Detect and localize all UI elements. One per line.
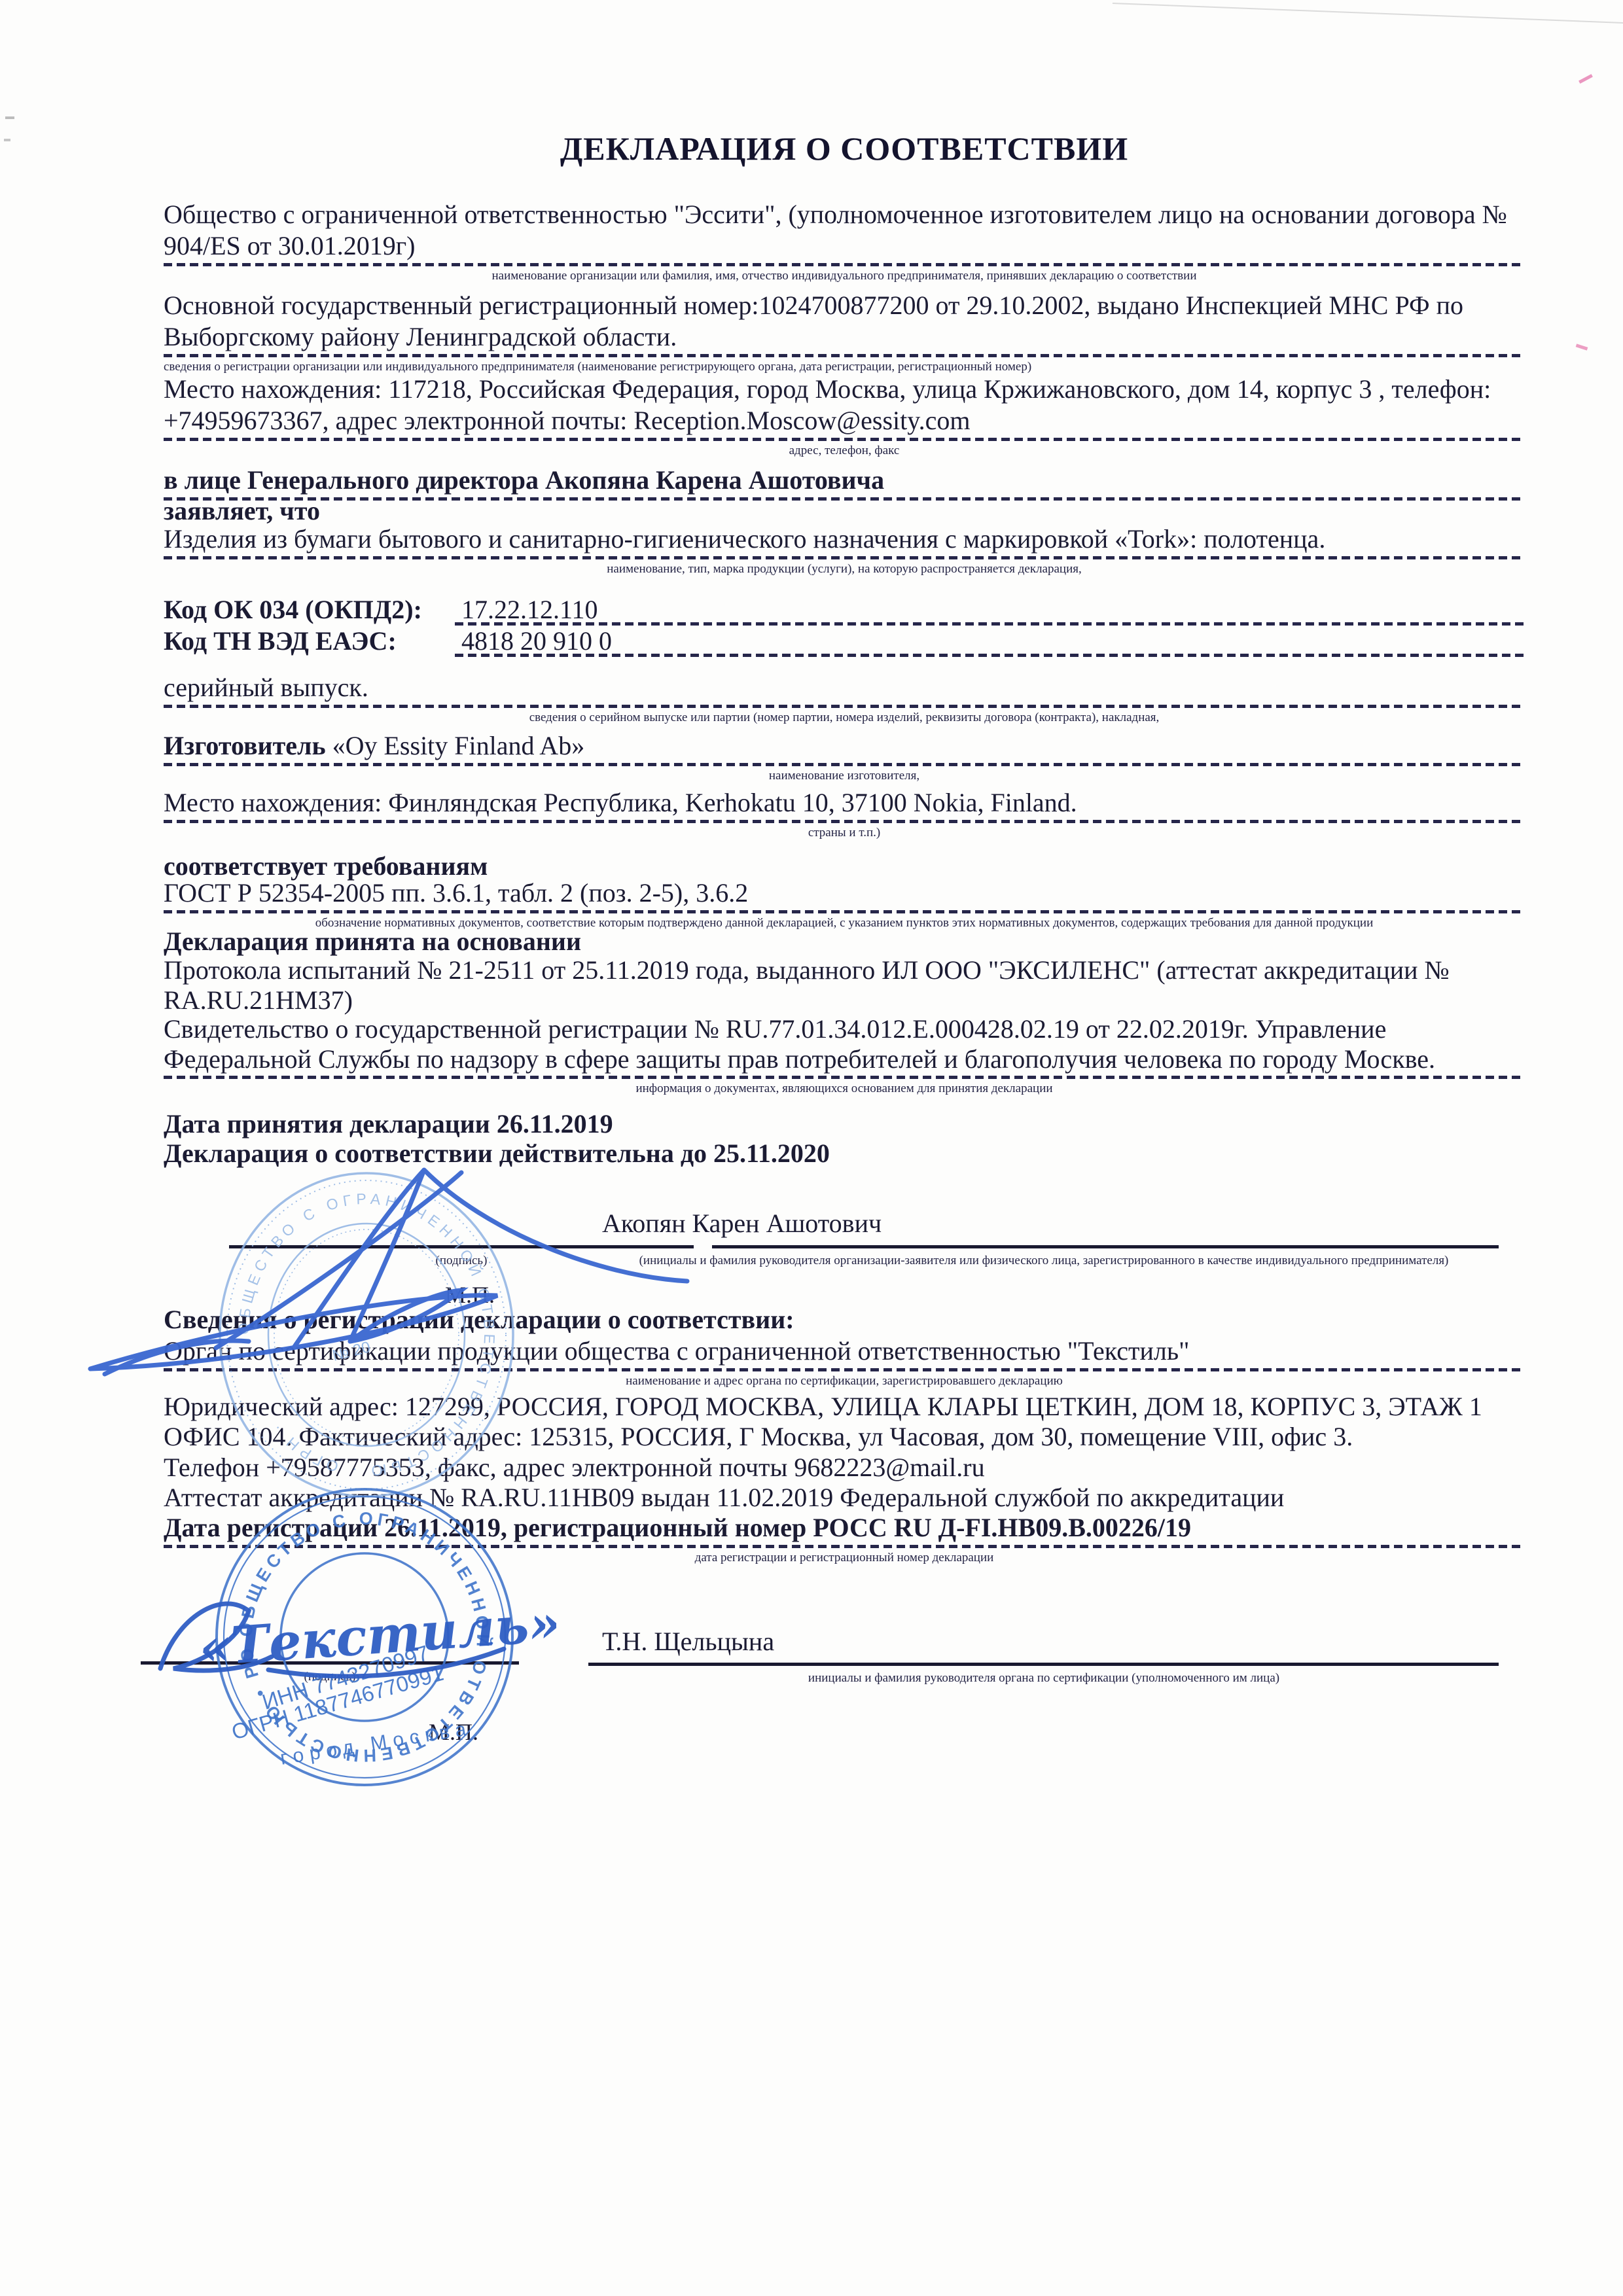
- declares-text: заявляет, что: [164, 495, 1525, 527]
- basis-protocol-text: Протокола испытаний № 21-2511 от 25.11.2…: [164, 955, 1525, 1016]
- okpd2-label: Код ОК 034 (ОКПД2):: [164, 594, 455, 626]
- manufacturer-text: Изготовитель «Oy Essity Finland Ab»: [164, 730, 1525, 762]
- name-line: [588, 1663, 1499, 1666]
- state-registration-text: Основной государственный регистрационный…: [164, 290, 1525, 353]
- dashed-rule: [164, 820, 1525, 823]
- field-manufacturer: Изготовитель «Oy Essity Finland Ab» наим…: [164, 730, 1525, 783]
- declaration-document: ДЕКЛАРАЦИЯ О СООТВЕТСТВИИ Общество с огр…: [0, 0, 1623, 2296]
- field-basis-protocol: Протокола испытаний № 21-2511 от 25.11.2…: [164, 955, 1525, 1016]
- field-standards: ГОСТ Р 52354-2005 пп. 3.6.1, табл. 2 (по…: [164, 877, 1525, 930]
- field-declarant-location: Место нахождения: 117218, Российская Фед…: [164, 374, 1525, 458]
- pink-mark: [1576, 344, 1588, 350]
- manufacturer-name: «Oy Essity Finland Ab»: [332, 731, 585, 760]
- field-declares: заявляет, что: [164, 495, 1525, 527]
- field-declarant: Общество с ограниченной ответственностью…: [164, 199, 1525, 283]
- field-state-registration: Основной государственный регистрационный…: [164, 290, 1525, 374]
- declarant-caption: наименование организации или фамилия, им…: [164, 269, 1525, 283]
- field-codes: Код ОК 034 (ОКПД2): 17.22.12.110 Код ТН …: [164, 594, 1525, 657]
- name-line: [712, 1245, 1499, 1248]
- dashed-rule: [164, 263, 1525, 266]
- edge-smudge: [5, 116, 14, 119]
- dashed-rule: [164, 438, 1525, 441]
- scan-edge-line: [1113, 3, 1623, 24]
- dashed-rule: [164, 763, 1525, 766]
- applicant-name-caption: (инициалы и фамилия руководителя организ…: [589, 1254, 1499, 1268]
- manufacturer-location-text: Место нахождения: Финляндская Республика…: [164, 787, 1525, 819]
- declarant-text: Общество с ограниченной ответственностью…: [164, 199, 1525, 262]
- applicant-signature-ink: [79, 1139, 720, 1394]
- field-adoption-date: Дата принятия декларации 26.11.2019: [164, 1108, 1525, 1140]
- basis-certificate-caption: информация о документах, являющихся осно…: [164, 1082, 1525, 1096]
- issue-type-text: серийный выпуск.: [164, 672, 1525, 703]
- certifier-name: Т.Н. Щельцына: [602, 1626, 774, 1657]
- adoption-date-text: Дата принятия декларации 26.11.2019: [164, 1108, 1525, 1140]
- field-basis-certificate: Свидетельство о государственной регистра…: [164, 1014, 1525, 1096]
- standards-text: ГОСТ Р 52354-2005 пп. 3.6.1, табл. 2 (по…: [164, 877, 1525, 909]
- manufacturer-label: Изготовитель: [164, 731, 326, 760]
- represented-by-text: в лице Генерального директора Акопяна Ка…: [164, 465, 1525, 496]
- tnved-label: Код ТН ВЭД ЕАЭС:: [164, 626, 455, 657]
- dashed-rule: [164, 1076, 1525, 1079]
- declarant-location-caption: адрес, телефон, факс: [164, 444, 1525, 458]
- manufacturer-location-caption: страны и т.п.): [164, 826, 1525, 840]
- certifier-signature-ink: «Текстиль»: [151, 1570, 556, 1727]
- edge-smudge: [4, 139, 10, 141]
- basis-certificate-text: Свидетельство о государственной регистра…: [164, 1014, 1525, 1074]
- dashed-rule: [164, 556, 1525, 559]
- document-title: ДЕКЛАРАЦИЯ О СООТВЕТСТВИИ: [164, 130, 1525, 168]
- dashed-rule: [164, 910, 1525, 913]
- tnved-value: 4818 20 910 0: [455, 626, 1525, 657]
- field-basis-heading: Декларация принята на основании: [164, 926, 1525, 957]
- code-row-tnved: Код ТН ВЭД ЕАЭС: 4818 20 910 0: [164, 626, 1525, 657]
- basis-heading-text: Декларация принята на основании: [164, 926, 1525, 957]
- pink-mark: [1578, 74, 1593, 84]
- issue-type-caption: сведения о серийном выпуске или партии (…: [164, 711, 1525, 725]
- page-title: ДЕКЛАРАЦИЯ О СООТВЕТСТВИИ: [164, 130, 1525, 168]
- dashed-rule: [164, 705, 1525, 708]
- manufacturer-caption: наименование изготовителя,: [164, 769, 1525, 783]
- declarant-location-text: Место нахождения: 117218, Российская Фед…: [164, 374, 1525, 436]
- certifier-name-caption: инициалы и фамилия руководителя органа п…: [589, 1671, 1499, 1686]
- code-row-okpd2: Код ОК 034 (ОКПД2): 17.22.12.110: [164, 594, 1525, 626]
- product-text: Изделия из бумаги бытового и санитарно-г…: [164, 523, 1525, 555]
- certifier-stamp-handwriting: «Текстиль»: [197, 1593, 556, 1678]
- dashed-rule: [164, 354, 1525, 357]
- product-caption: наименование, тип, марка продукции (услу…: [164, 562, 1525, 576]
- state-registration-caption: сведения о регистрации организации или и…: [164, 360, 1525, 374]
- field-manufacturer-location: Место нахождения: Финляндская Республика…: [164, 787, 1525, 840]
- field-product: Изделия из бумаги бытового и санитарно-г…: [164, 523, 1525, 576]
- okpd2-value: 17.22.12.110: [455, 594, 1525, 626]
- field-issue-type: серийный выпуск. сведения о серийном вып…: [164, 672, 1525, 725]
